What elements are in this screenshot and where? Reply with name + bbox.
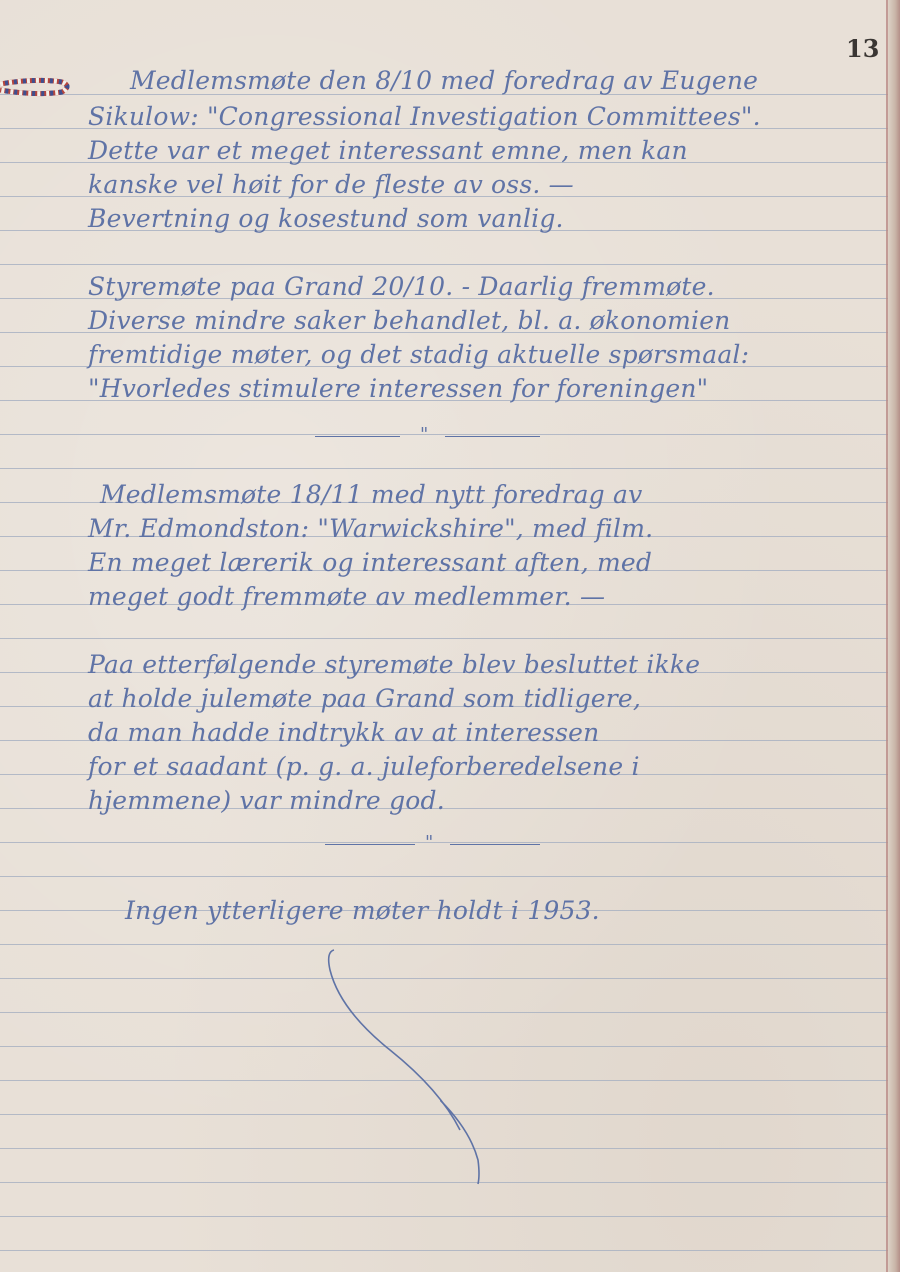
entry-3-line-1: Medlemsmøte 18/11 med nytt foredrag av — [100, 480, 642, 509]
entry-1-line-3: Dette var et meget interessant emne, men… — [88, 136, 688, 165]
entry-4-line-4: for et saadant (p. g. a. juleforberedels… — [88, 752, 640, 781]
section-separator-left — [325, 844, 415, 845]
entry-2-line-4: "Hvorledes stimulere interessen for fore… — [88, 374, 708, 403]
entry-2-line-3: fremtidige møter, og det stadig aktuelle… — [88, 340, 749, 369]
ditto-mark: " — [420, 424, 428, 445]
entry-3-line-2: Mr. Edmondston: "Warwickshire", med film… — [88, 514, 653, 543]
ditto-mark: " — [425, 832, 433, 853]
entry-5-line-1: Ingen ytterligere møter holdt i 1953. — [125, 896, 600, 925]
entry-4-line-5: hjemmene) var mindre god. — [88, 786, 445, 815]
entry-1-line-5: Bevertning og kosestund som vanlig. — [88, 204, 564, 233]
entry-2-line-2: Diverse mindre saker behandlet, bl. a. ø… — [88, 306, 731, 335]
entry-1-line-1: Medlemsmøte den 8/10 med foredrag av Eug… — [130, 66, 758, 95]
flourish-tail-icon — [440, 1100, 520, 1190]
entry-2-line-1: Styremøte paa Grand 20/10. - Daarlig fre… — [88, 272, 715, 301]
section-separator-right — [450, 844, 540, 845]
entry-4-line-2: at holde julemøte paa Grand som tidliger… — [88, 684, 641, 713]
binding-string-icon — [0, 76, 72, 98]
entry-4-line-1: Paa etterfølgende styremøte blev beslutt… — [88, 650, 700, 679]
entry-3-line-3: En meget lærerik og interessant aften, m… — [88, 548, 652, 577]
entry-1-line-2: Sikulow: "Congressional Investigation Co… — [88, 102, 761, 131]
page-number: 13 — [846, 34, 879, 63]
entry-1-line-4: kanske vel høit for de fleste av oss. — — [88, 170, 574, 199]
section-separator-left — [315, 436, 400, 437]
entry-4-line-3: da man hadde indtrykk av at interessen — [88, 718, 599, 747]
ledger-page: 13 Medlemsmøte den 8/10 med foredrag av … — [0, 0, 900, 1272]
page-edge — [888, 0, 900, 1272]
entry-3-line-4: meget godt fremmøte av medlemmer. — — [88, 582, 605, 611]
section-separator-right — [445, 436, 540, 437]
